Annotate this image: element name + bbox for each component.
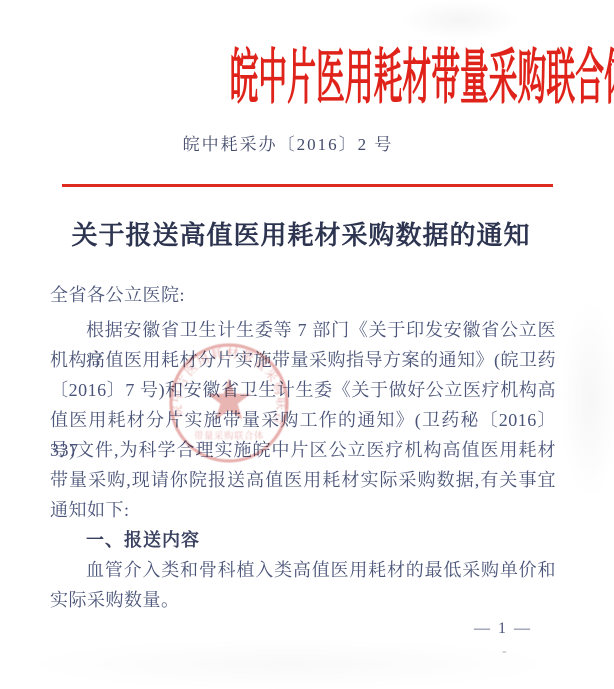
scan-smudge [560, 300, 614, 500]
section-heading: 一、报送内容 [50, 525, 556, 555]
body-line: 带量采购,现请你院报送高值医用耗材实际采购数据,有关事宜 [50, 465, 556, 495]
red-divider-line [62, 184, 553, 187]
body-line: 根据安徽省卫生计生委等 7 部门《关于印发安徽省公立医疗 [50, 315, 556, 345]
body-line: 血管介入类和骨科植入类高值医用耗材的最低采购单价和 [50, 555, 556, 585]
body-line: 〔2016〕7 号)和安徽省卫生计生委《关于做好公立医疗机构高 [50, 375, 556, 405]
body-line: 实际采购数量。 [50, 585, 556, 615]
body-line: 机构高值医用耗材分片实施带量采购指导方案的通知》(皖卫药 [50, 345, 556, 375]
body-line: 值医用耗材分片实施带量采购工作的通知》(卫药秘〔2016〕337 [50, 405, 556, 435]
document-number: 皖中耗采办〔2016〕2 号 [0, 130, 595, 155]
page-number: — 1 — [0, 620, 532, 638]
letterhead-title-text: 皖中片医用耗材带量采购联合体文件 [230, 30, 614, 116]
scanned-document-page: 皖中片医用耗材带量采购联合体文件 皖中耗采办〔2016〕2 号 关于报送高值医用… [0, 0, 614, 689]
letterhead-title: 皖中片医用耗材带量采购联合体文件 [0, 30, 594, 116]
document-body: 全省各公立医院: 根据安徽省卫生计生委等 7 部门《关于印发安徽省公立医疗 机构… [50, 280, 556, 615]
body-line: 通知如下: [50, 495, 556, 525]
document-title: 关于报送高值医用耗材采购数据的通知 [0, 215, 608, 252]
scan-smudge [40, 640, 540, 689]
salutation: 全省各公立医院: [50, 280, 556, 310]
body-line: 号)文件,为科学合理实施皖中片区公立医疗机构高值医用耗材 [50, 435, 556, 465]
scan-stray-mark: - [502, 644, 507, 660]
